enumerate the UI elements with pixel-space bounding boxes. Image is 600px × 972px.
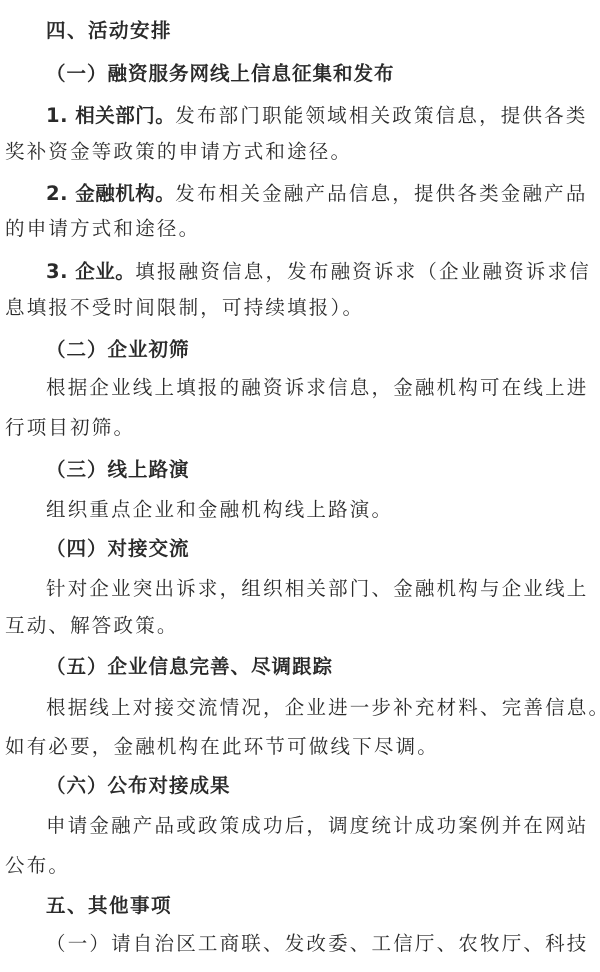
- section-heading-4: 四、活动安排: [0, 18, 600, 44]
- paragraph: 根据线上对接交流情况，企业进一步补充材料、完善信息。: [0, 695, 600, 721]
- subsection-heading-2: （二）企业初筛: [0, 337, 600, 363]
- subsection-heading-6: （六）公布对接成果: [0, 773, 600, 799]
- paragraph-continuation: 奖补资金等政策的申请方式和途径。: [0, 139, 600, 165]
- item-text: 填报融资信息，发布融资诉求（企业融资诉求信: [135, 260, 591, 283]
- paragraph-item-2: 2. 金融机构。发布相关金融产品信息，提供各类金融产品: [0, 181, 600, 207]
- subsection-heading-4: （四）对接交流: [0, 536, 600, 562]
- paragraph: 组织重点企业和金融机构线上路演。: [0, 497, 600, 523]
- subsection-heading-3: （三）线上路演: [0, 457, 600, 483]
- section-heading-5: 五、其他事项: [0, 893, 600, 919]
- paragraph: 针对企业突出诉求，组织相关部门、金融机构与企业线上: [0, 576, 600, 602]
- paragraph-continuation: 的申请方式和途径。: [0, 216, 600, 242]
- paragraph: 申请金融产品或政策成功后，调度统计成功案例并在网站: [0, 813, 600, 839]
- paragraph-continuation: 公布。: [0, 853, 600, 879]
- paragraph: 根据企业线上填报的融资诉求信息，金融机构可在线上进: [0, 375, 600, 401]
- subsection-heading-1: （一）融资服务网线上信息征集和发布: [0, 61, 600, 87]
- item-lead: 2. 金融机构。: [46, 182, 175, 205]
- paragraph-item-1: 1. 相关部门。发布部门职能领域相关政策信息，提供各类: [0, 103, 600, 129]
- subsection-heading-5: （五）企业信息完善、尽调跟踪: [0, 654, 600, 680]
- item-text: 发布相关金融产品信息，提供各类金融产品: [175, 182, 587, 205]
- paragraph-item-3: 3. 企业。填报融资信息，发布融资诉求（企业融资诉求信: [0, 259, 600, 285]
- paragraph-continuation: 息填报不受时间限制，可持续填报）。: [0, 295, 600, 321]
- item-text: 发布部门职能领域相关政策信息，提供各类: [175, 104, 587, 127]
- paragraph-continuation: 互动、解答政策。: [0, 613, 600, 639]
- paragraph-continuation: 如有必要，金融机构在此环节可做线下尽调。: [0, 734, 600, 760]
- item-lead: 3. 企业。: [46, 260, 135, 283]
- paragraph: （一）请自治区工商联、发改委、工信厅、农牧厅、科技: [0, 931, 600, 957]
- paragraph-continuation: 行项目初筛。: [0, 415, 600, 441]
- item-lead: 1. 相关部门。: [46, 104, 175, 127]
